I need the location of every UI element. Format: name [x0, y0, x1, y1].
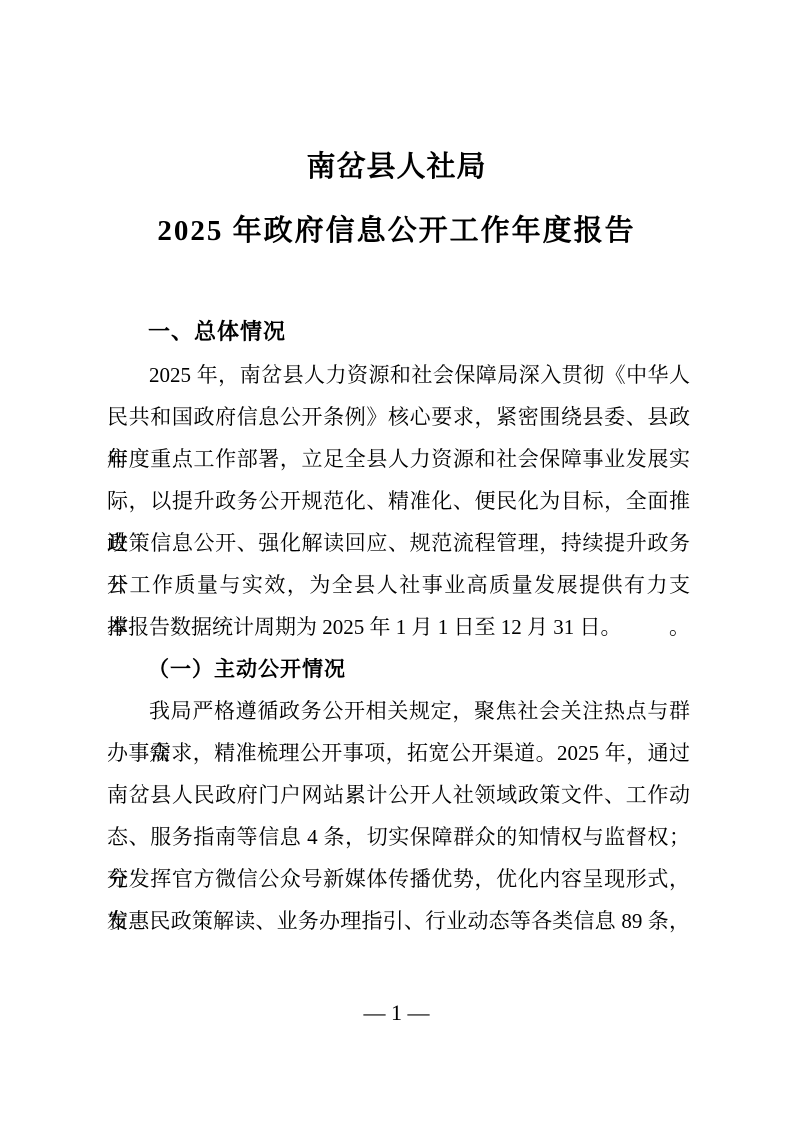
text-line: 态、服务指南等信息 4 条，切实保障群众的知情权与监督权；充: [107, 816, 690, 858]
document-title-line2: 2025 年政府信息公开工作年度报告: [0, 214, 793, 248]
text-line: 布惠民政策解读、业务办理指引、行业动态等各类信息 89 条，: [107, 900, 690, 942]
text-line: 办事需求，精准梳理公开事项，拓宽公开渠道。2025 年，通过: [107, 732, 690, 774]
document-page: 南岔县人社局 2025 年政府信息公开工作年度报告 一、总体情况 2025 年，…: [0, 0, 793, 1122]
section-heading: 一、总体情况: [107, 312, 690, 354]
page-number: — 1 —: [0, 997, 793, 1029]
subsection-heading: （一）主动公开情况: [107, 648, 690, 690]
document-title-line1: 南岔县人社局: [0, 150, 793, 184]
text-line: 本报告数据统计周期为 2025 年 1 月 1 日至 12 月 31 日。: [107, 606, 690, 648]
text-line: 际，以提升政务公开规范化、精准化、便民化为目标，全面推进: [107, 480, 690, 522]
document-body: 一、总体情况 2025 年，南岔县人力资源和社会保障局深入贯彻《中华人 民共和国…: [107, 312, 690, 942]
text-line: 开工作质量与实效，为全县人社事业高质量发展提供有力支撑。: [107, 564, 690, 606]
text-line: 南岔县人民政府门户网站累计公开人社领域政策文件、工作动: [107, 774, 690, 816]
text-line: 2025 年，南岔县人力资源和社会保障局深入贯彻《中华人: [107, 354, 690, 396]
paragraph-overview: 2025 年，南岔县人力资源和社会保障局深入贯彻《中华人 民共和国政府信息公开条…: [107, 354, 690, 648]
text-line: 政策信息公开、强化解读回应、规范流程管理，持续提升政务公: [107, 522, 690, 564]
text-line: 我局严格遵循政务公开相关规定，聚焦社会关注热点与群众: [107, 690, 690, 732]
text-line: 民共和国政府信息公开条例》核心要求，紧密围绕县委、县政府: [107, 396, 690, 438]
text-line: 年度重点工作部署，立足全县人力资源和社会保障事业发展实: [107, 438, 690, 480]
text-line: 分发挥官方微信公众号新媒体传播优势，优化内容呈现形式，发: [107, 858, 690, 900]
paragraph-proactive-disclosure: 我局严格遵循政务公开相关规定，聚焦社会关注热点与群众 办事需求，精准梳理公开事项…: [107, 690, 690, 942]
